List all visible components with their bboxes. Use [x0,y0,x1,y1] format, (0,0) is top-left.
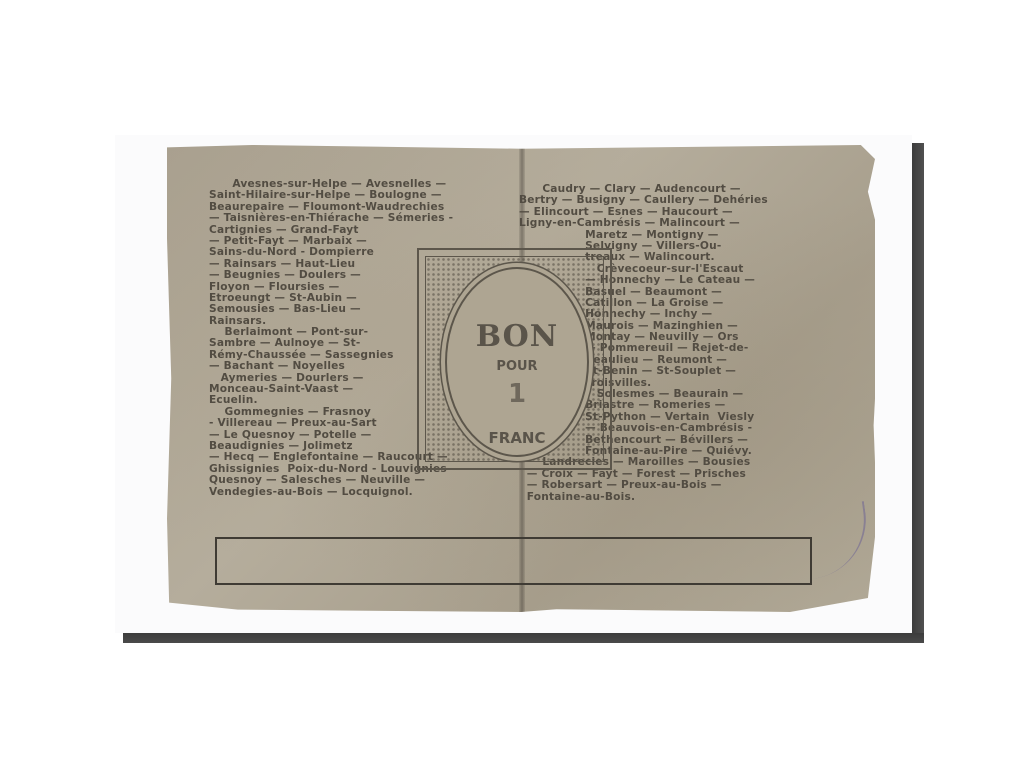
frame-shadow-right [912,143,924,643]
stamp-value: 1 [447,379,587,409]
signature-box [215,537,812,585]
stamp-oval: BON POUR 1 FRANC [445,267,589,457]
stamp-pour: POUR [447,359,587,374]
stamp-unit: FRANC [447,429,587,447]
banknote: Avesnes-sur-Helpe — Avesnelles —Saint-Hi… [167,145,875,612]
frame-shadow-bottom [123,633,924,643]
town-line: Ligny-en-Cambrésis — Malincourt — [519,218,768,229]
denomination-stamp: BON POUR 1 FRANC [417,248,612,470]
town-line: — Robersart — Preux-au-Bois — [519,480,768,491]
town-line: Fontaine-au-Bois. [519,492,768,503]
town-line: Quesnoy — Salesches — Neuville — [209,475,453,486]
ink-stroke-mark [802,501,873,579]
town-line: Vendegies-au-Bois — Locquignol. [209,487,453,498]
town-line: — Taisnières-en-Thiérache — Sémeries - [209,213,453,224]
stamp-title: BON [447,319,587,354]
